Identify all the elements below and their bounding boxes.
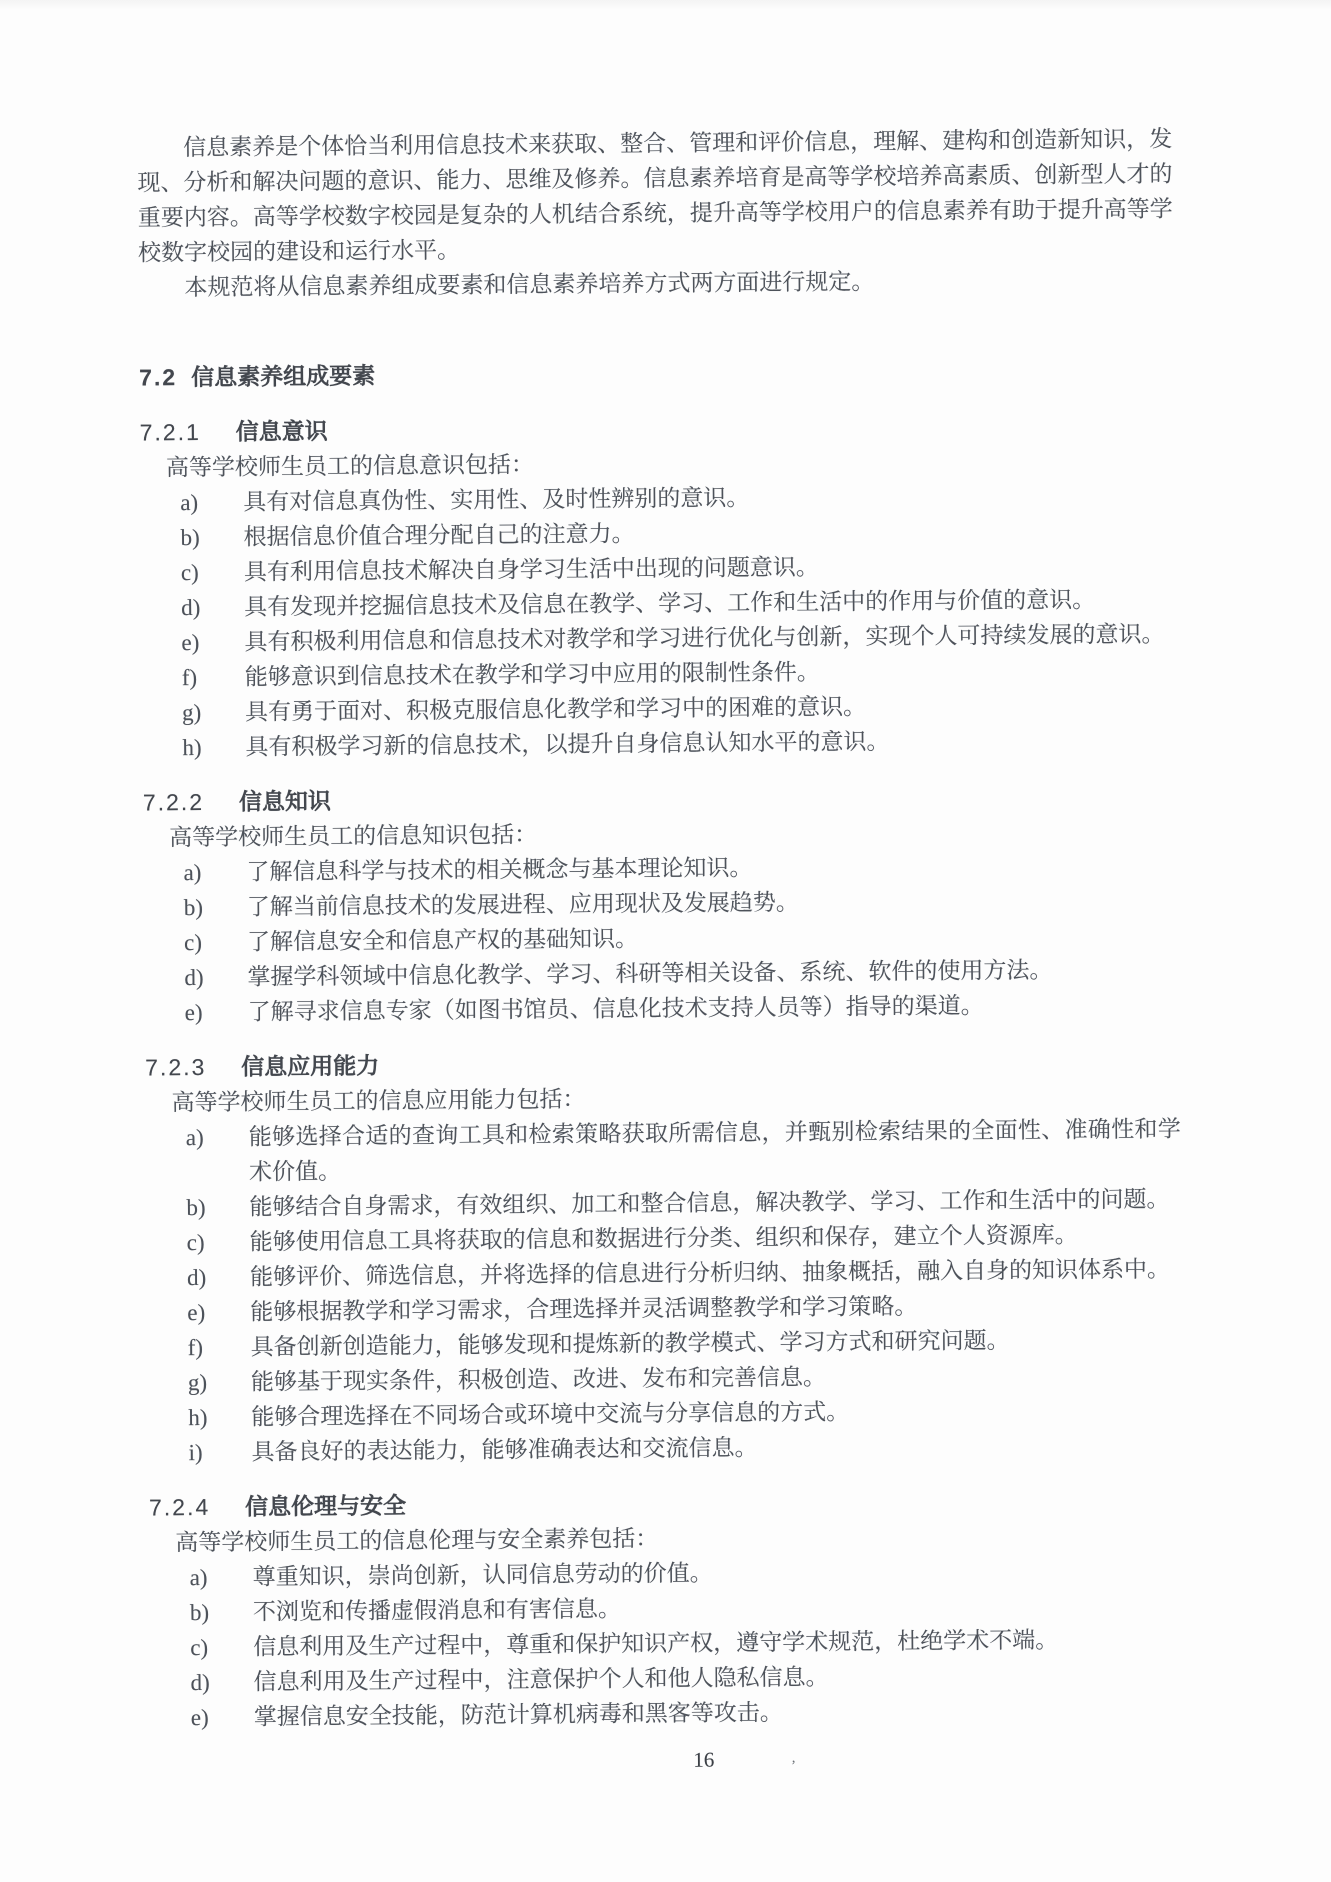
item-list: a)尊重知识，崇尚创新，认同信息劳动的价值。 b)不浏览和传播虚假消息和有害信息… <box>149 1551 1185 1735</box>
item-list: a)具有对信息真伪性、实用性、及时性辨别的意识。 b)根据信息价值合理分配自己的… <box>140 476 1177 765</box>
item-list: a)了解信息科学与技术的相关概念与基本理论知识。 b)了解当前信息技术的发展进程… <box>143 846 1179 1030</box>
section-heading: 7.2信息素养组成要素 <box>139 351 1174 395</box>
subsection-title: 信息意识 <box>236 418 328 445</box>
list-item-label: b) <box>140 520 243 556</box>
list-item-label: a) <box>146 1120 250 1191</box>
subsection-number: 7.2.2 <box>143 785 239 821</box>
list-item-label: d) <box>141 590 244 626</box>
subsection-7-2-1: 7.2.1信息意识 高等学校师生员工的信息意识包括： a)具有对信息真伪性、实用… <box>140 406 1178 765</box>
subsection-title: 信息知识 <box>239 788 331 815</box>
list-item-label: g) <box>148 1365 251 1401</box>
list-item-label: b) <box>144 890 247 926</box>
list-item-label: h) <box>148 1400 251 1436</box>
scanned-document-page: 信息素养是个体恰当利用信息技术来获取、整合、管理和评价信息，理解、建构和创造新知… <box>0 0 1331 1882</box>
list-item-label: a) <box>149 1560 252 1596</box>
subsection-7-2-4: 7.2.4信息伦理与安全 高等学校师生员工的信息伦理与安全素养包括： a)尊重知… <box>149 1481 1186 1735</box>
list-item-label: b) <box>150 1595 253 1631</box>
list-item-label: e) <box>145 995 248 1031</box>
list-item-label: c) <box>141 555 244 591</box>
section-title: 信息素养组成要素 <box>191 362 375 390</box>
item-list: a)能够选择合适的查询工具和检索策略获取所需信息，并甄别检索结果的全面性、准确性… <box>146 1111 1184 1470</box>
intro-paragraph: 信息素养是个体恰当利用信息技术来获取、整合、管理和评价信息，理解、建构和创造新知… <box>137 121 1173 270</box>
list-item-label: f) <box>142 660 245 696</box>
list-item-label: h) <box>142 730 245 766</box>
list-item-label: d) <box>144 960 247 996</box>
list-item: a)能够选择合适的查询工具和检索策略获取所需信息，并甄别检索结果的全面性、准确性… <box>146 1111 1182 1190</box>
subsection-title: 信息伦理与安全 <box>245 1492 406 1519</box>
list-item-label: b) <box>146 1190 249 1226</box>
subsection-7-2-2: 7.2.2信息知识 高等学校师生员工的信息知识包括： a)了解信息科学与技术的相… <box>143 776 1180 1030</box>
list-item-text: 了解寻求信息专家（如图书馆员、信息化技术支持人员等）指导的渠道。 <box>248 986 1180 1029</box>
list-item-label: d) <box>150 1665 253 1701</box>
subsection-title: 信息应用能力 <box>241 1052 379 1079</box>
list-item-label: i) <box>148 1435 251 1471</box>
list-item-label: d) <box>147 1260 250 1296</box>
document-content: 信息素养是个体恰当利用信息技术来获取、整合、管理和评价信息，理解、建构和创造新知… <box>137 121 1186 1782</box>
list-item-text: 能够选择合适的查询工具和检索策略获取所需信息，并甄别检索结果的全面性、准确性和学… <box>249 1111 1182 1189</box>
page-number: 16 <box>151 1738 1186 1782</box>
subsection-number: 7.2.1 <box>140 415 236 451</box>
list-item-label: c) <box>150 1630 253 1666</box>
section-number: 7.2 <box>139 364 177 390</box>
scan-artifact: ’ <box>791 1758 796 1775</box>
list-item-text: 具备良好的表达能力，能够准确表达和交流信息。 <box>251 1426 1183 1469</box>
subsection-number: 7.2.4 <box>149 1490 245 1526</box>
list-item-label: c) <box>144 925 247 961</box>
subsection-7-2-3: 7.2.3信息应用能力 高等学校师生员工的信息应用能力包括： a)能够选择合适的… <box>145 1041 1184 1470</box>
list-item-label: e) <box>147 1295 250 1331</box>
list-item-label: g) <box>142 695 245 731</box>
list-item-label: a) <box>143 855 246 891</box>
list-item-label: e) <box>151 1700 254 1736</box>
list-item-label: c) <box>147 1225 250 1261</box>
list-item-text: 具有积极学习新的信息技术，以提升自身信息认知水平的意识。 <box>245 721 1177 764</box>
list-item-label: f) <box>147 1330 250 1366</box>
subsection-number: 7.2.3 <box>145 1050 241 1086</box>
list-item-label: e) <box>141 625 244 661</box>
list-item-label: a) <box>140 485 243 521</box>
list-item-text: 掌握信息安全技能，防范计算机病毒和黑客等攻击。 <box>254 1691 1186 1734</box>
